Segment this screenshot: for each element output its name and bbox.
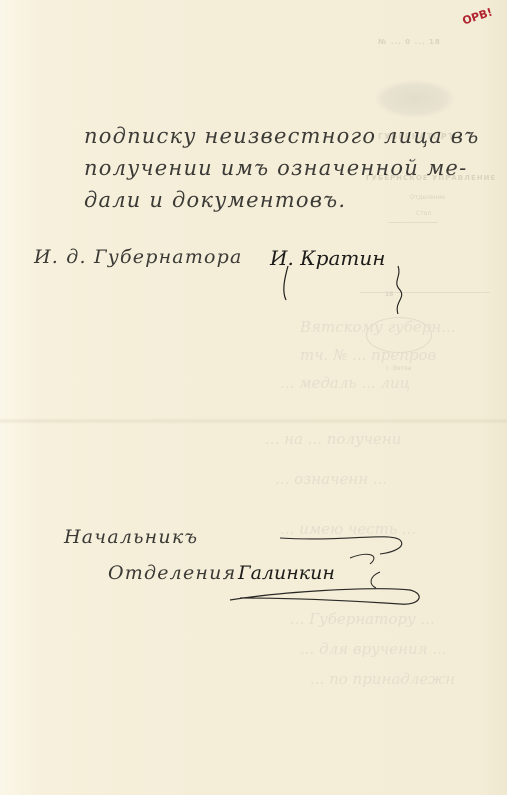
- document-page: ОРВ! № ... 0 ... 18 ГУБЕРНАТОРЪ ГУБЕРНСК…: [0, 0, 507, 795]
- paper-fold-line: [0, 418, 507, 424]
- archive-mark: ОРВ!: [461, 6, 494, 28]
- ghost-letterhead-number: № ... 0 ... 18: [378, 38, 441, 46]
- body-line: дали и документовъ.: [84, 188, 346, 212]
- signatory-title: Отделения: [108, 562, 236, 584]
- ghost-letterhead-line: г. Вятка: [386, 365, 412, 372]
- ghost-letterhead-line: Отделение: [410, 194, 445, 201]
- ghost-letterhead-line: Стол: [416, 210, 431, 217]
- ghost-handwriting: ... означенн ...: [275, 470, 387, 488]
- ghost-handwriting: ... по принадлежн: [310, 670, 455, 688]
- ghost-handwriting: ... для вручения ...: [300, 640, 447, 658]
- ghost-eagle-emblem: [375, 80, 455, 118]
- signature-flourish: [220, 520, 430, 610]
- ghost-handwriting: ... Губернатору ...: [290, 610, 435, 628]
- body-line: подписку неизвестного лица въ: [84, 124, 479, 148]
- body-line: получении имъ означенной ме-: [84, 156, 467, 180]
- signature-flourish: [280, 262, 410, 322]
- signatory-title: Начальникъ: [64, 526, 198, 548]
- ghost-rule: [388, 222, 438, 223]
- ghost-handwriting: ... медаль ... лиц: [280, 374, 410, 392]
- ghost-handwriting: тч. № ... препров: [300, 346, 436, 364]
- ghost-handwriting: ... на ... получени: [265, 430, 401, 448]
- signatory-title: И. д. Губернатора: [34, 246, 243, 268]
